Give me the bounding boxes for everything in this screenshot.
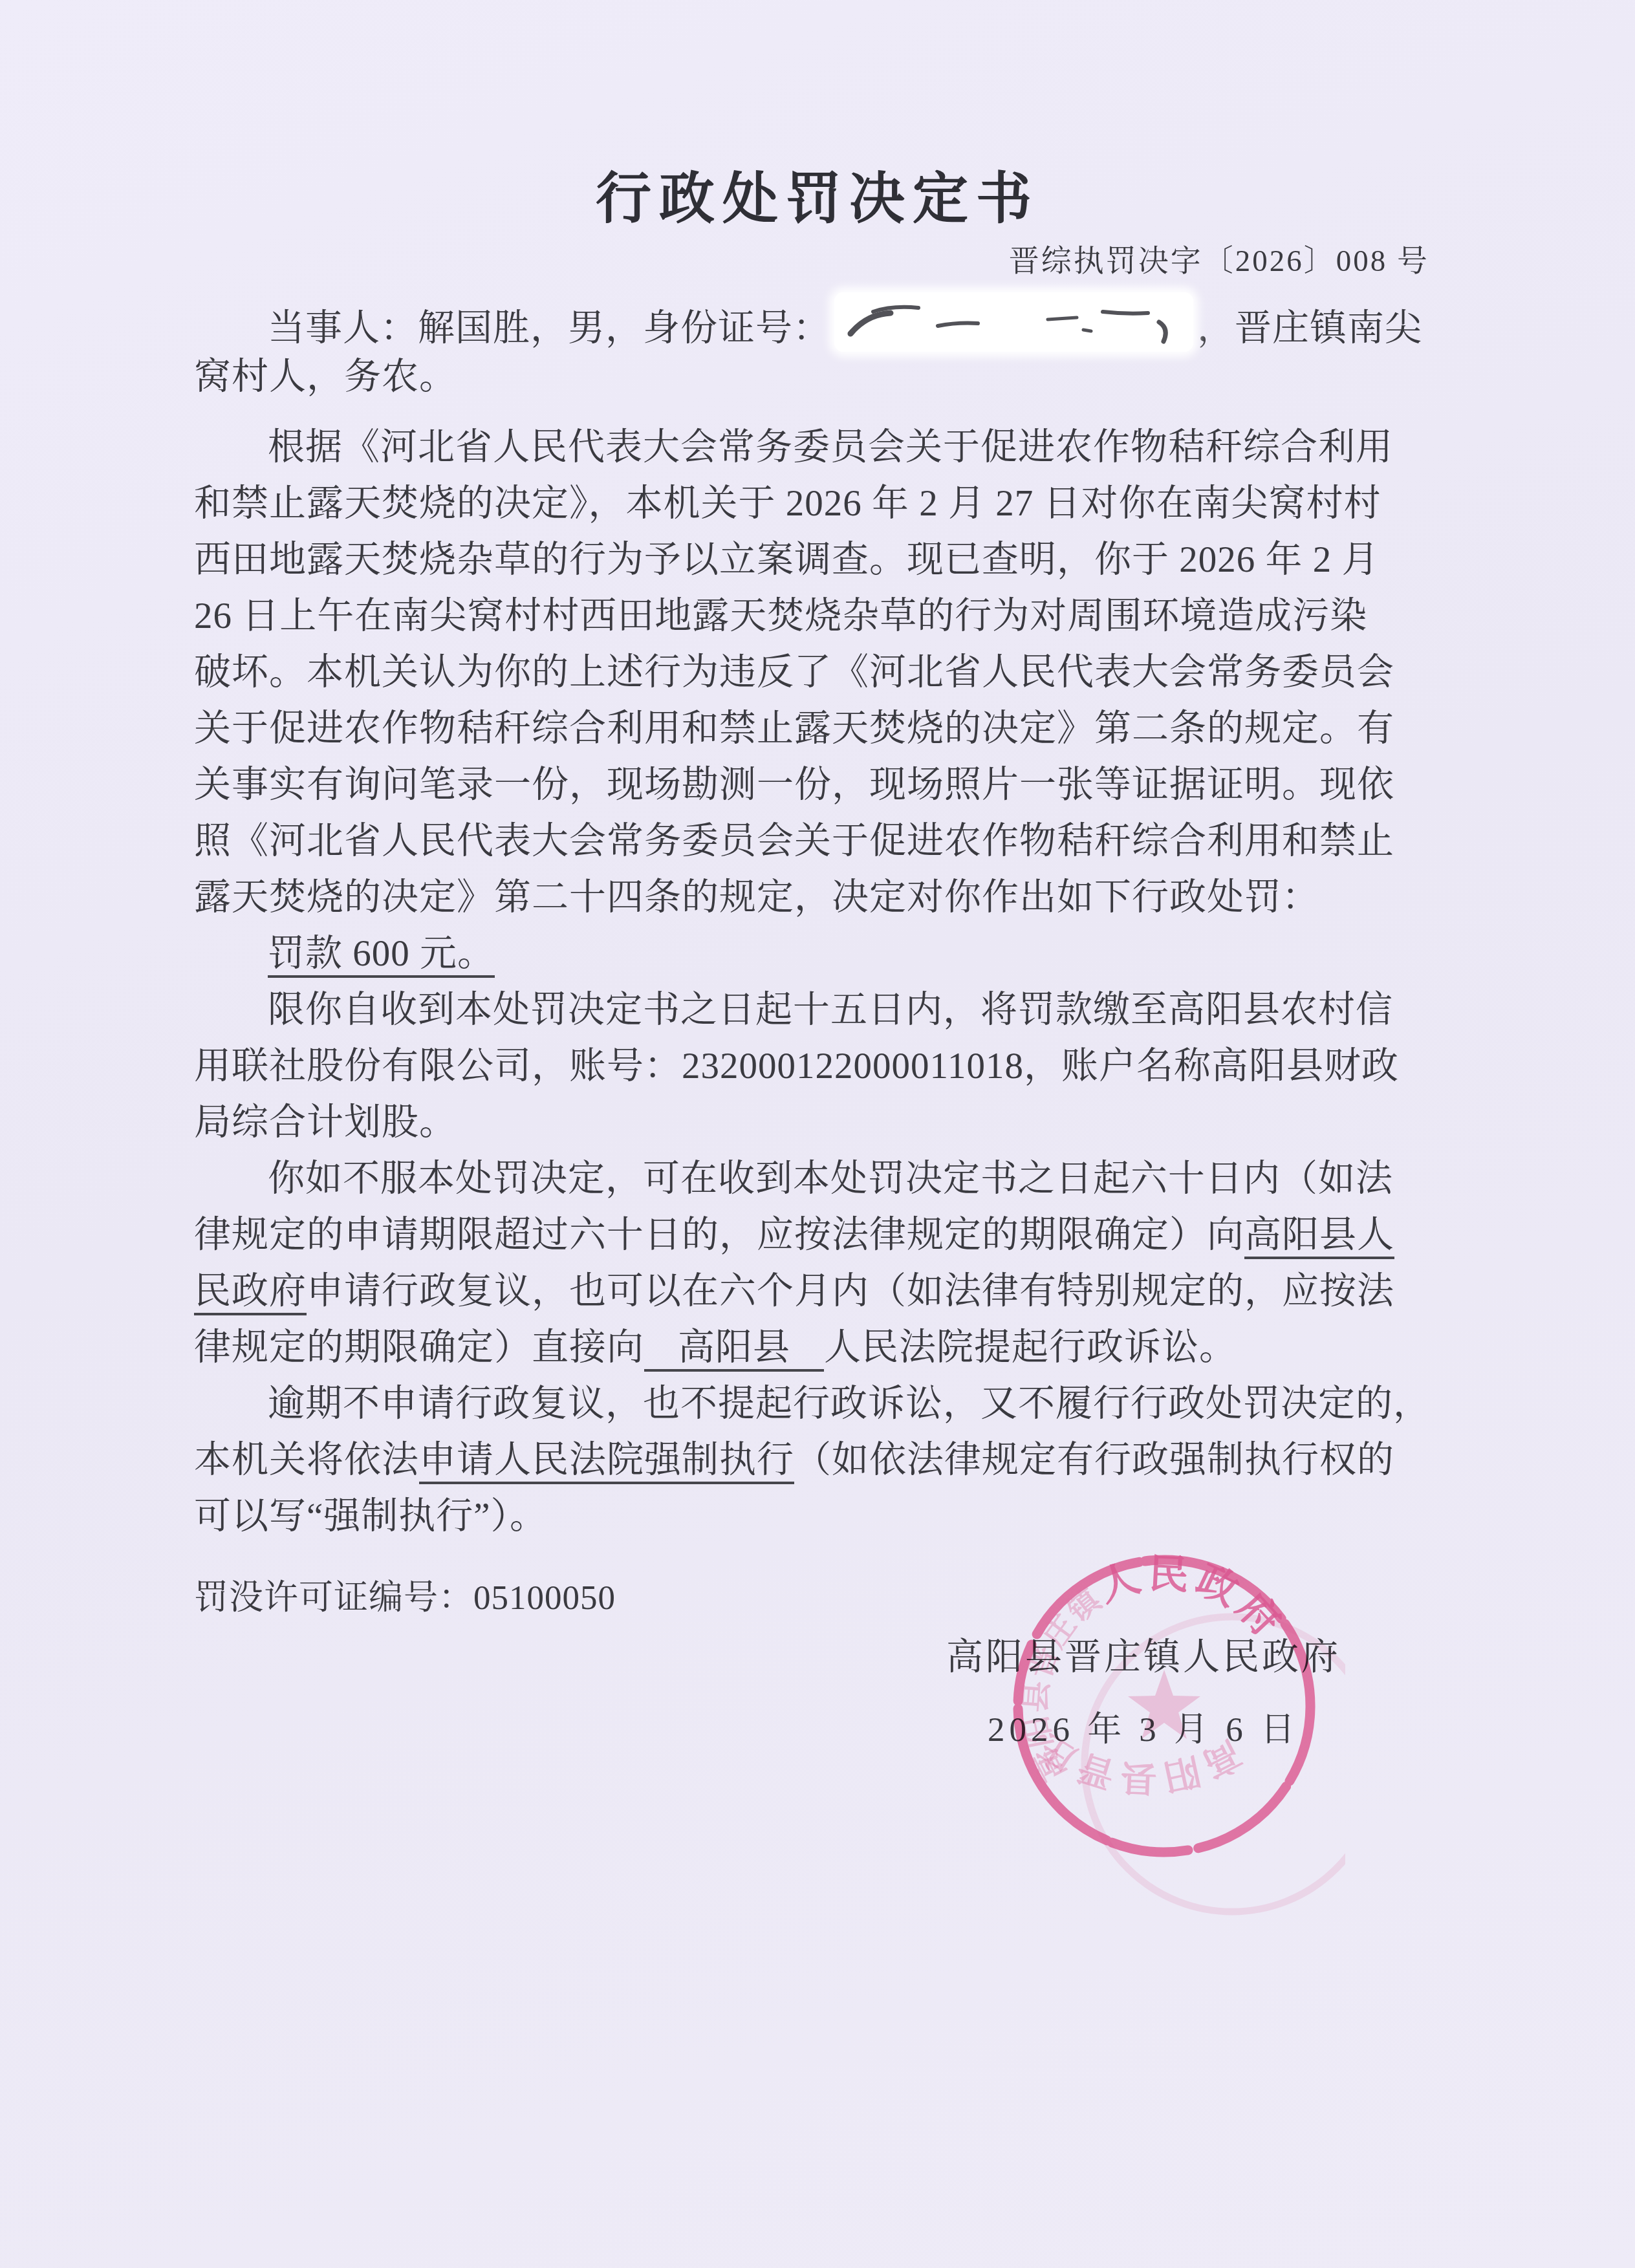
body-line: 局综合计划股。	[194, 1094, 1444, 1150]
issuing-authority: 高阳县晋庄镇人民政府	[946, 1627, 1341, 1680]
body-line: 26 日上午在南尖窝村村西田地露天焚烧杂草的行为对周围环境造成污染	[194, 588, 1444, 644]
signature-block: 高阳县晋庄镇人民政府 2026 年 3 月 6 日	[946, 1627, 1341, 1751]
redaction-scribbles	[834, 292, 1193, 352]
party-line: 当事人：解国胜，男，身份证号： ，晋庄镇南尖	[194, 292, 1444, 349]
party-line-2: 窝村人，务农。	[194, 349, 1444, 405]
redaction-box	[834, 292, 1193, 352]
body-line: 你如不服本处罚决定，可在收到本处罚决定书之日起六十日内（如法	[194, 1150, 1444, 1207]
body-line: 限你自收到本处罚决定书之日起十五日内，将罚款缴至高阳县农村信	[194, 982, 1444, 1038]
scanned-document-page: 行政处罚决定书 晋综执罚决字〔2026〕008 号 当事人：解国胜，男，身份证号…	[0, 0, 1635, 2268]
document-body: 当事人：解国胜，男，身份证号： ，晋庄镇南尖 窝村人，务农。 根据《河北省人民代…	[194, 292, 1444, 1626]
enforcement-post: （如依法律规定有行政强制执行权的	[794, 1440, 1394, 1480]
body-line: 关于促进农作物秸秆综合利用和禁止露天焚烧的决定》第二条的规定。有	[194, 700, 1444, 757]
document-title: 行政处罚决定书	[0, 154, 1635, 234]
body-line: 西田地露天焚烧杂草的行为予以立案调查。现已查明，你于 2026 年 2 月	[194, 532, 1444, 588]
enforcement-clause: 申请人民法院强制执行	[419, 1440, 794, 1484]
penalty-line: 罚款 600 元。	[194, 925, 1444, 982]
body-line: 逾期不申请行政复议，也不提起行政诉讼，又不履行行政处罚决定的，	[194, 1376, 1444, 1432]
body-line: 律规定的申请期限超过六十日的，应按法律规定的期限确定）向高阳县人	[194, 1207, 1444, 1263]
payment-account-line: 用联社股份有限公司，账号：232000122000011018，账户名称高阳县财…	[194, 1038, 1444, 1094]
license-number-line: 罚没许可证编号：05100050	[194, 1570, 1444, 1626]
party-line-post: ，晋庄镇南尖	[1197, 308, 1422, 349]
body-line: 本机关将依法申请人民法院强制执行（如依法律规定有行政强制执行权的	[194, 1432, 1444, 1488]
appeal-line4-pre: 律规定的期限确定）直接向	[194, 1327, 644, 1368]
court-name: 高阳县	[644, 1327, 824, 1372]
body-line: 民政府申请行政复议，也可以在六个月内（如法律有特别规定的，应按法	[194, 1263, 1444, 1319]
body-line: 关事实有询问笔录一份，现场勘测一份，现场照片一张等证据证明。现依	[194, 757, 1444, 813]
body-line: 照《河北省人民代表大会常务委员会关于促进农作物秸秆综合利用和禁止	[194, 813, 1444, 869]
body-line: 律规定的期限确定）直接向高阳县人民法院提起行政诉讼。	[194, 1319, 1444, 1376]
review-authority-part2: 民政府	[194, 1271, 307, 1315]
body-line: 露天焚烧的决定》第二十四条的规定，决定对你作出如下行政处罚：	[194, 869, 1444, 925]
party-line-pre: 当事人：解国胜，男，身份证号：	[268, 308, 830, 349]
appeal-line4-post: 人民法院提起行政诉讼。	[824, 1327, 1237, 1368]
body-line: 破坏。本机关认为你的上述行为违反了《河北省人民代表大会常务委员会	[194, 644, 1444, 700]
body-line: 和禁止露天焚烧的决定》，本机关于 2026 年 2 月 27 日对你在南尖窝村村	[194, 475, 1444, 532]
document-number: 晋综执罚决字〔2026〕008 号	[1009, 237, 1429, 280]
issue-date: 2026 年 3 月 6 日	[946, 1702, 1341, 1751]
body-line: 可以写“强制执行”）。	[194, 1488, 1444, 1544]
body-line: 根据《河北省人民代表大会常务委员会关于促进农作物秸秆综合利用	[194, 419, 1444, 475]
penalty-amount: 罚款 600 元。	[268, 933, 495, 978]
review-authority-part1: 高阳县人	[1244, 1215, 1394, 1259]
appeal-line2-pre: 律规定的申请期限超过六十日的，应按法律规定的期限确定）向	[194, 1215, 1244, 1255]
appeal-line3-post: 申请行政复议，也可以在六个月内（如法律有特别规定的，应按法	[307, 1271, 1394, 1312]
enforcement-pre: 本机关将依法	[194, 1440, 419, 1480]
